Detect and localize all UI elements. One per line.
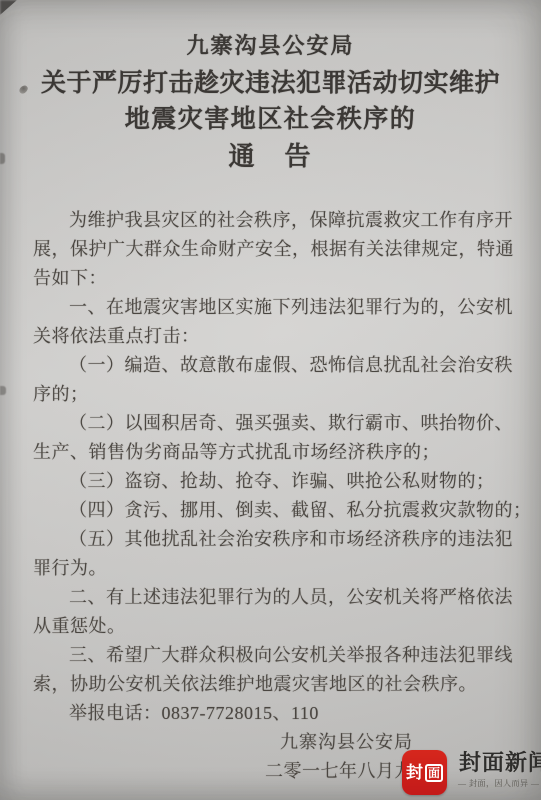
covernews-icon-char-mian: 面 — [425, 764, 443, 782]
notice-type-title: 通 告 — [0, 138, 541, 176]
body-line-13: 罪行为。 — [33, 554, 515, 583]
covernews-app-icon: 封 面 — [402, 750, 447, 795]
document-photo: 九寨沟县公安局 关于严厉打击趁灾违法犯罪活动切实维护 地震灾害地区社会秩序的 通… — [0, 0, 541, 800]
body-line-6: （一）编造、故意散布虚假、恐怖信息扰乱社会治安秩 — [33, 351, 515, 380]
body-line-17: 索，协助公安机关依法维护地震灾害地区的社会秩序。 — [33, 670, 515, 699]
photo-edge-mark — [0, 386, 6, 395]
body-line-4: 一、在地震灾害地区实施下列违法犯罪行为的，公安机 — [33, 293, 515, 322]
body-line-14: 二、有上述违法犯罪行为的人员，公安机关将严格依法 — [33, 583, 515, 612]
body-line-5: 关将依法重点打击： — [33, 322, 515, 351]
body-line-2: 展，保护广大群众生命财产安全，根据有关法律规定，特通 — [33, 235, 515, 264]
covernews-brand-name: 封面新闻 — [459, 746, 541, 777]
body-line-18: 举报电话：0837-7728015、110 — [33, 699, 515, 728]
body-line-1: 为维护我县灾区的社会秩序，保障抗震救灾工作有序开 — [33, 206, 515, 235]
body-line-11: （四）贪污、挪用、倒卖、截留、私分抗震救灾款物的； — [33, 496, 515, 525]
notice-subject-line-2: 地震灾害地区社会秩序的 — [0, 102, 541, 138]
body-line-3: 告如下： — [33, 264, 515, 293]
body-line-15: 从重惩处。 — [33, 612, 515, 641]
body-line-16: 三、希望广大群众积极向公安机关举报各种违法犯罪线 — [33, 641, 515, 670]
issuing-authority-title: 九寨沟县公安局 — [0, 32, 541, 60]
body-line-9: 生产、销售伪劣商品等方式扰乱市场经济秩序的； — [33, 438, 515, 467]
covernews-tagline: — 封面，因人而异 — — [458, 778, 540, 789]
notice-subject-line-1: 关于严厉打击趁灾违法犯罪活动切实维护 — [0, 66, 541, 102]
document-body: 为维护我县灾区的社会秩序，保障抗震救灾工作有序开展，保护广大群众生命财产安全，根… — [33, 206, 515, 786]
body-line-12: （五）其他扰乱社会治安秩序和市场经济秩序的违法犯 — [33, 525, 515, 554]
covernews-icon-char-feng: 封 — [406, 764, 423, 781]
body-line-8: （二）以囤积居奇、强买强卖、欺行霸市、哄抬物价、 — [33, 409, 515, 438]
document-header: 九寨沟县公安局 关于严厉打击趁灾违法犯罪活动切实维护 地震灾害地区社会秩序的 通… — [0, 0, 541, 176]
body-lines: 为维护我县灾区的社会秩序，保障抗震救灾工作有序开展，保护广大群众生命财产安全，根… — [33, 206, 515, 728]
body-line-10: （三）盗窃、抢劫、抢夺、诈骗、哄抢公私财物的； — [33, 467, 515, 496]
body-line-7: 序的； — [33, 380, 515, 409]
